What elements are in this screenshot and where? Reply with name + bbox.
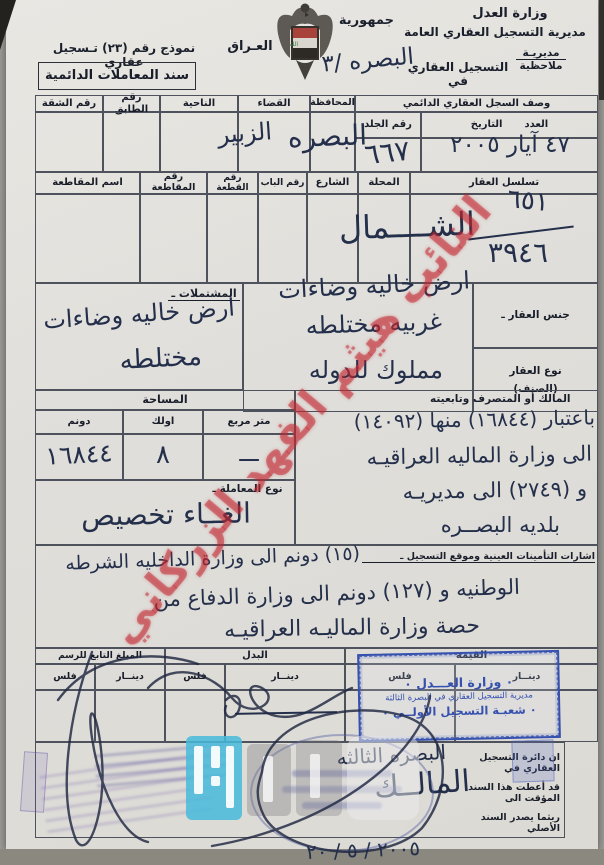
owner-handwritten-4: بلديه البصــره [330, 513, 560, 537]
olk-label-cell: اولك [123, 410, 203, 434]
kind-label-cell: جنس العقار ـ [473, 283, 598, 348]
governorate-label-cell: المحافظة [310, 95, 355, 112]
footer-line3-printed: ريثما يصدر السند الأصلي [450, 812, 560, 834]
logo-watermark-gray-block-2 [296, 740, 342, 816]
insurance-label: اشارات التأمينات العينية وموقع التسجيل ـ [362, 551, 595, 563]
owner-handwritten-1: باعتبار (١٦٨٤٤) منها (١٤٠٩٢) [300, 405, 595, 434]
deed-title-box: سند المعاملات الدائمية [38, 62, 196, 90]
iraq-emblem: الله [268, 0, 342, 84]
logo-watermark-gray-block-1 [247, 744, 291, 816]
plot-value-cell [207, 194, 258, 283]
date-label: التاريخ [471, 119, 503, 131]
small-blue-grid-stamp [511, 739, 554, 782]
exchange-group-header: البدل [165, 648, 345, 664]
observatory-word: ملاحظية [516, 60, 566, 72]
record-desc-header-cell: وصف السجل العقاري الدائمي [355, 95, 598, 112]
district-name-label-cell: اسم المقاطعة [35, 172, 140, 194]
quarter-label-cell: المحلة [358, 172, 410, 194]
small-purple-stamp [20, 751, 48, 813]
directorate-word: مديريـة [516, 47, 566, 60]
scan-edge-right [599, 0, 604, 100]
number-label: العدد [525, 119, 549, 131]
republic-word: جمهورية [342, 13, 394, 28]
floor-value-cell [103, 112, 160, 172]
fee-fils-header: فلس [35, 664, 95, 690]
fee-dinar-cell [95, 690, 165, 742]
area-header-cell: المساحة [35, 390, 295, 410]
eagle-icon: الله [268, 0, 342, 84]
ministry-title: وزارة العدل [430, 6, 590, 21]
street-label-cell: الشارع [307, 172, 358, 194]
logo-watermark-light-block [347, 736, 419, 820]
exchange-fils-header: فلس [165, 664, 225, 690]
plot-label-cell: رقم القطعة [207, 172, 258, 194]
district-handwritten: الزبير [191, 117, 273, 151]
fee-group-header: المبلغ التابع للرسم [35, 648, 165, 664]
scanned-deed-page: وزارة العدل مديرية التسجيل العقاري العام… [0, 0, 604, 865]
fee-fils-cell [35, 690, 95, 742]
district-no-label-cell: رقم المقاطعة [140, 172, 207, 194]
fee-dinar-header: دينــار [95, 664, 165, 690]
subdistrict-label-cell: الناحية [160, 95, 238, 112]
owner-handwritten-2: الى وزارة الماليه العراقيـه [312, 442, 592, 471]
number-date-handwritten: ٤٧ آيار ٢٠٠٥ [425, 132, 595, 158]
owner-label: المالك أو المتصرف وتابعيته [430, 393, 592, 405]
district-label-cell: القضاء [238, 95, 310, 112]
exchange-dinar-header: دينــار [225, 664, 345, 690]
owner-handwritten-3: و (٢٧٤٩) الى مديريـه [322, 477, 587, 506]
registry-office-stamp: ٠ وزارة العـــدل ٠ مديرية التسجيل العقار… [357, 650, 561, 742]
district-no-value-cell [140, 194, 207, 283]
floor-label-cell: رقم الطابق [103, 95, 160, 112]
svg-text:الله: الله [289, 41, 298, 48]
donum-label-cell: دونم [35, 410, 123, 434]
type-label: نوع العقار [509, 365, 561, 377]
registration-in-label: التسجيل العقاري في [402, 60, 514, 88]
exchange-fils-cell [165, 690, 225, 742]
insurance-handwritten-3: حصة وزارة الماليـه العراقيـه [180, 613, 480, 643]
general-directorate-title: مديرية التسجيل العقاري العامة [392, 25, 598, 39]
district-name-value-cell [35, 194, 140, 283]
stamp-line-3: ٠ شعبـة التسجيل الأولــي ٠ [382, 702, 537, 719]
flat-value-cell [35, 112, 103, 172]
door-label-cell: رقم الباب [258, 172, 307, 194]
logo-watermark-cyan-block [186, 736, 242, 820]
deed-title: سند المعاملات الدائمية [39, 63, 195, 89]
directorate-fraction: مديريـة ملاحظية [516, 47, 566, 72]
stamp-line-1: ٠ وزارة العـــدل ٠ [404, 673, 513, 690]
stamp-line-2: مديرية التسجيل العقاري في البصرة الثالثة [385, 690, 533, 703]
olk-handwritten: ٨ [126, 440, 200, 470]
donum-handwritten: ١٦٨٤٤ [35, 438, 122, 471]
flat-label-cell: رقم الشقة [35, 95, 103, 112]
